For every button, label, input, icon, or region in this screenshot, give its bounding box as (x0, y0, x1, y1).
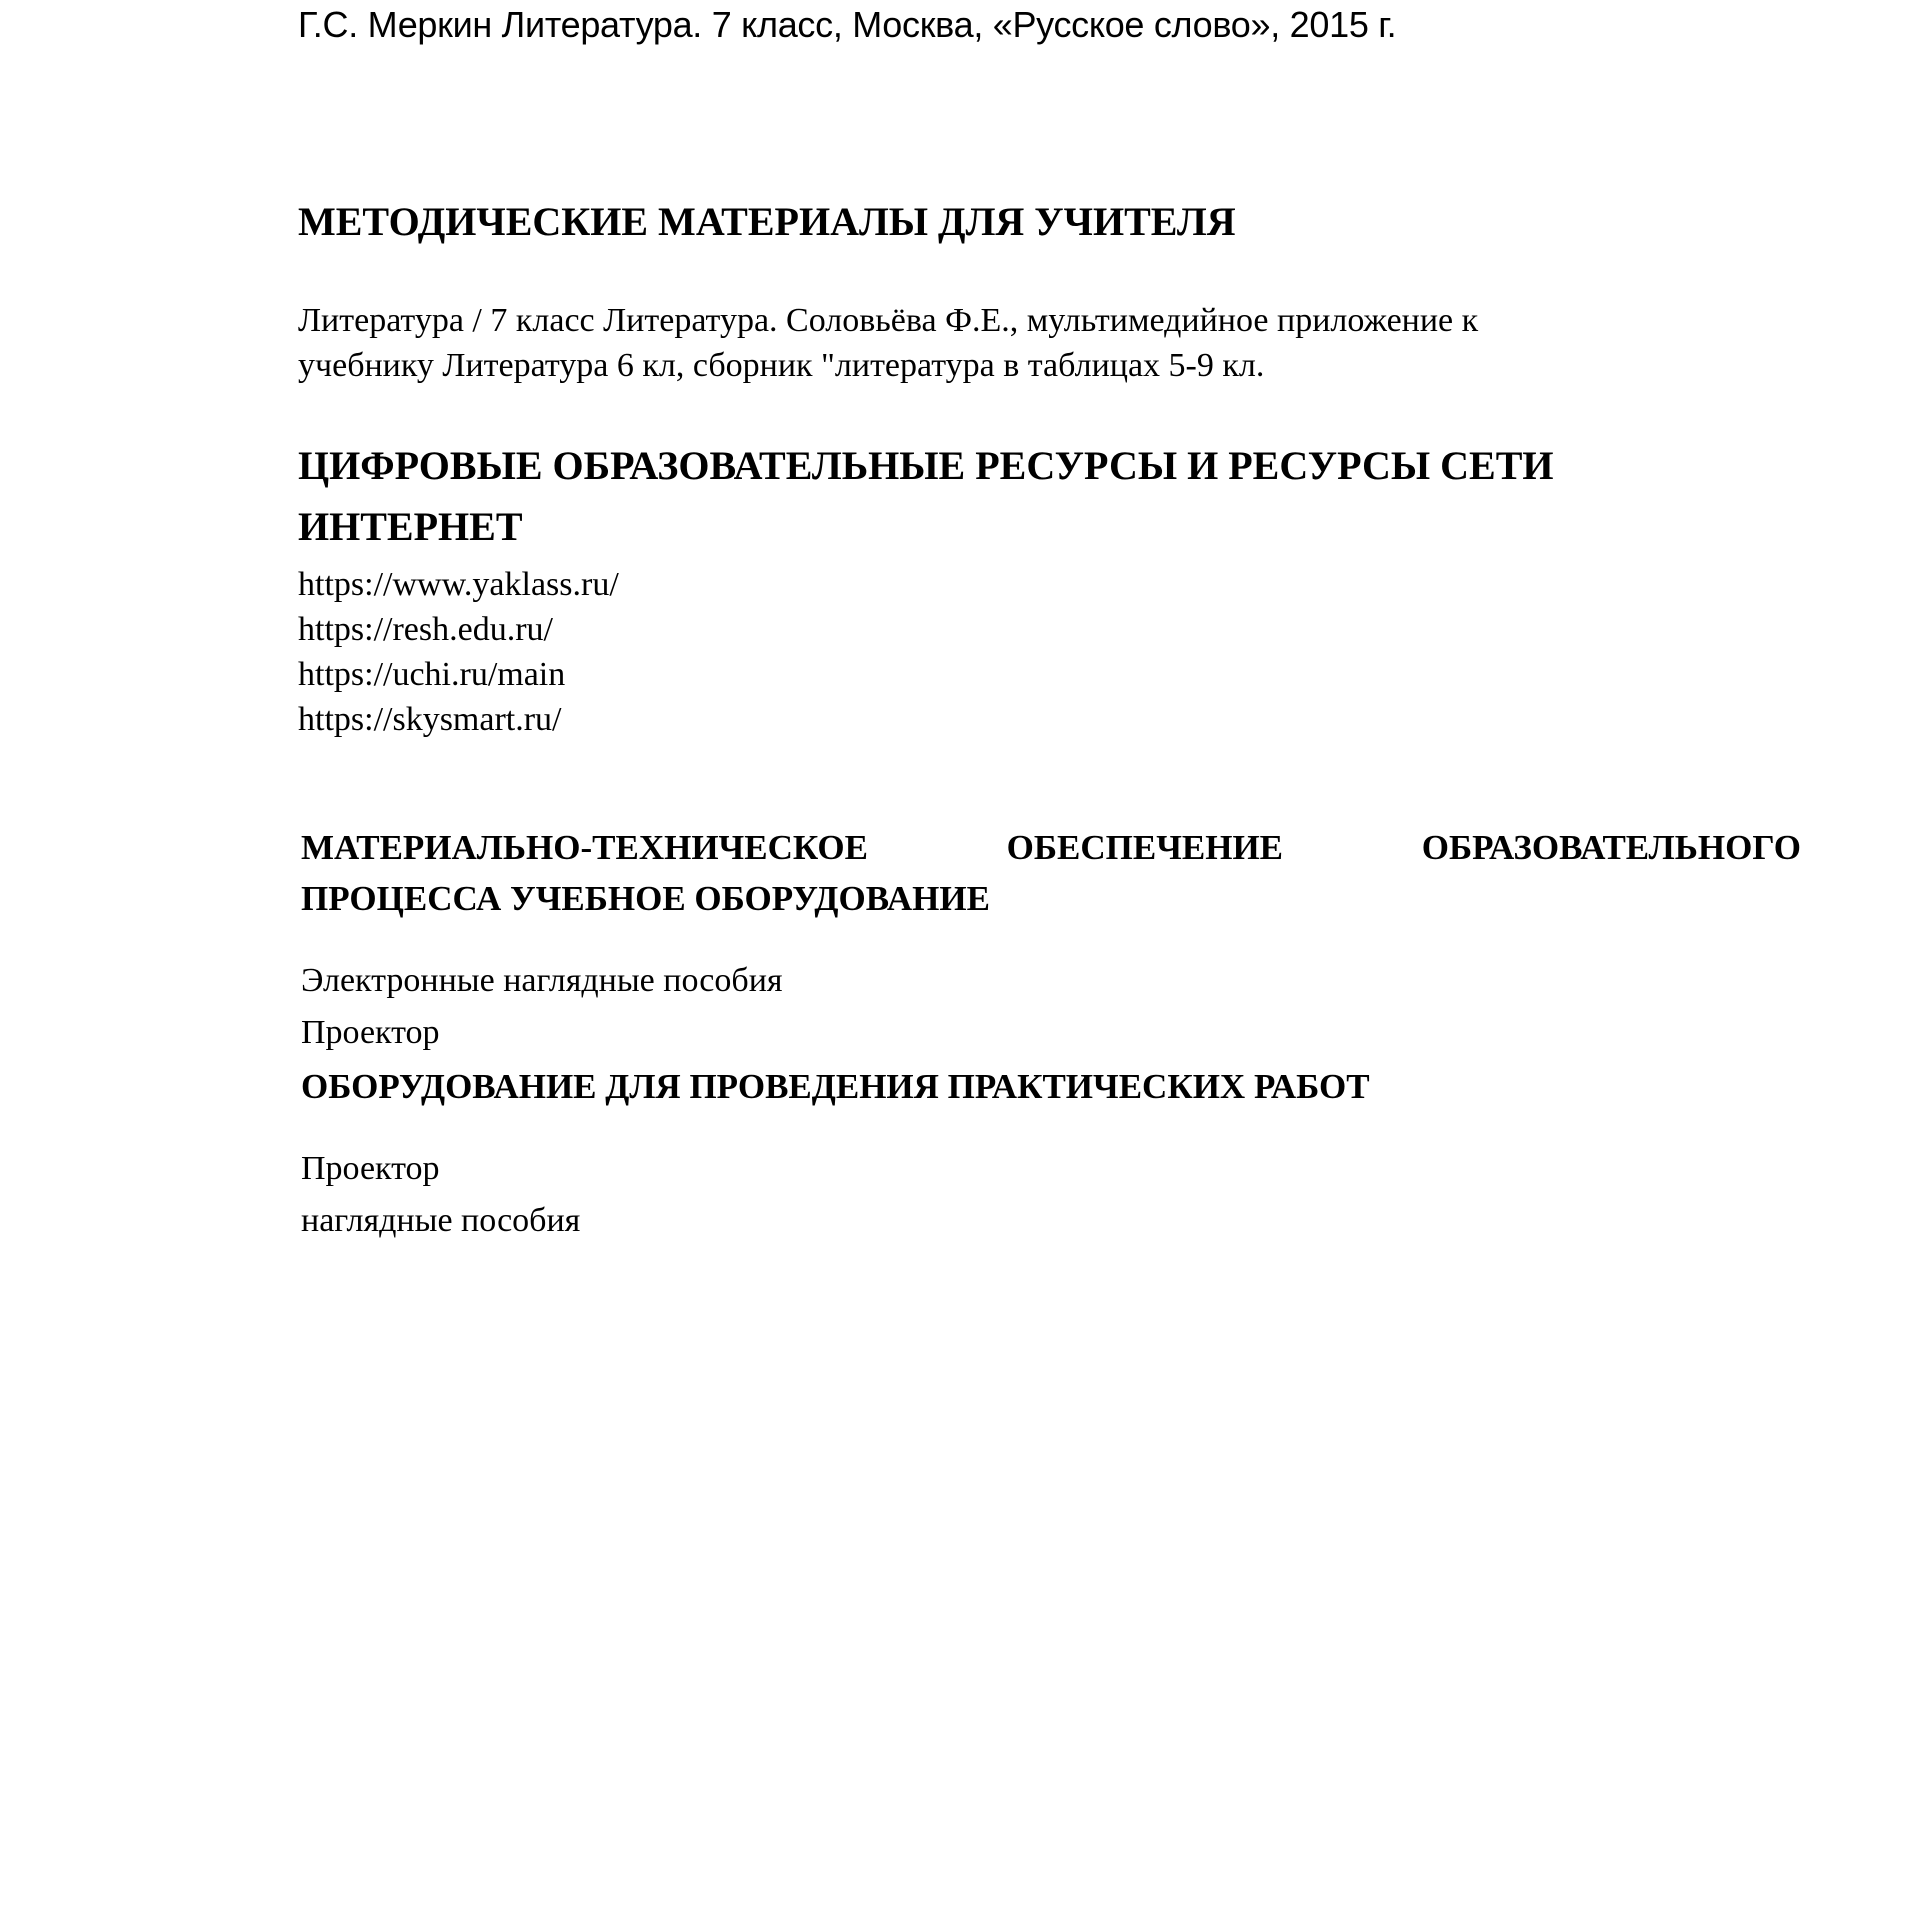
resource-link[interactable]: https://www.yaklass.ru/ (298, 562, 619, 607)
teacher-materials-text-line-2: учебнику Литература 6 кл, сборник "литер… (298, 343, 1264, 388)
resource-link[interactable]: https://resh.edu.ru/ (298, 607, 553, 652)
equipment-item: Электронные наглядные пособия (301, 958, 783, 1003)
practical-equipment-item: наглядные пособия (301, 1198, 580, 1243)
equipment-heading-word: ОБЕСПЕЧЕНИЕ (1007, 822, 1283, 874)
equipment-heading-word: ОБРАЗОВАТЕЛЬНОГО (1422, 822, 1801, 874)
practical-equipment-item: Проектор (301, 1146, 440, 1191)
book-reference: Г.С. Меркин Литература. 7 класс, Москва,… (298, 0, 1396, 50)
digital-resources-heading-line-2: ИНТЕРНЕТ (298, 497, 523, 557)
practical-equipment-heading: ОБОРУДОВАНИЕ ДЛЯ ПРОВЕДЕНИЯ ПРАКТИЧЕСКИХ… (301, 1061, 1370, 1113)
resource-link[interactable]: https://uchi.ru/main (298, 652, 565, 697)
equipment-heading-line-1: МАТЕРИАЛЬНО-ТЕХНИЧЕСКОЕ ОБЕСПЕЧЕНИЕ ОБРА… (301, 822, 1801, 874)
resource-link[interactable]: https://skysmart.ru/ (298, 697, 562, 742)
teacher-materials-heading: МЕТОДИЧЕСКИЕ МАТЕРИАЛЫ ДЛЯ УЧИТЕЛЯ (298, 192, 1236, 252)
digital-resources-heading-line-1: ЦИФРОВЫЕ ОБРАЗОВАТЕЛЬНЫЕ РЕСУРСЫ И РЕСУР… (298, 436, 1554, 496)
document-page: Г.С. Меркин Литература. 7 класс, Москва,… (0, 0, 1920, 1920)
teacher-materials-text-line-1: Литература / 7 класс Литература. Соловьё… (298, 298, 1478, 343)
equipment-item: Проектор (301, 1010, 440, 1055)
equipment-heading-line-2: ПРОЦЕССА УЧЕБНОЕ ОБОРУДОВАНИЕ (301, 873, 990, 925)
equipment-heading-word: МАТЕРИАЛЬНО-ТЕХНИЧЕСКОЕ (301, 822, 868, 874)
